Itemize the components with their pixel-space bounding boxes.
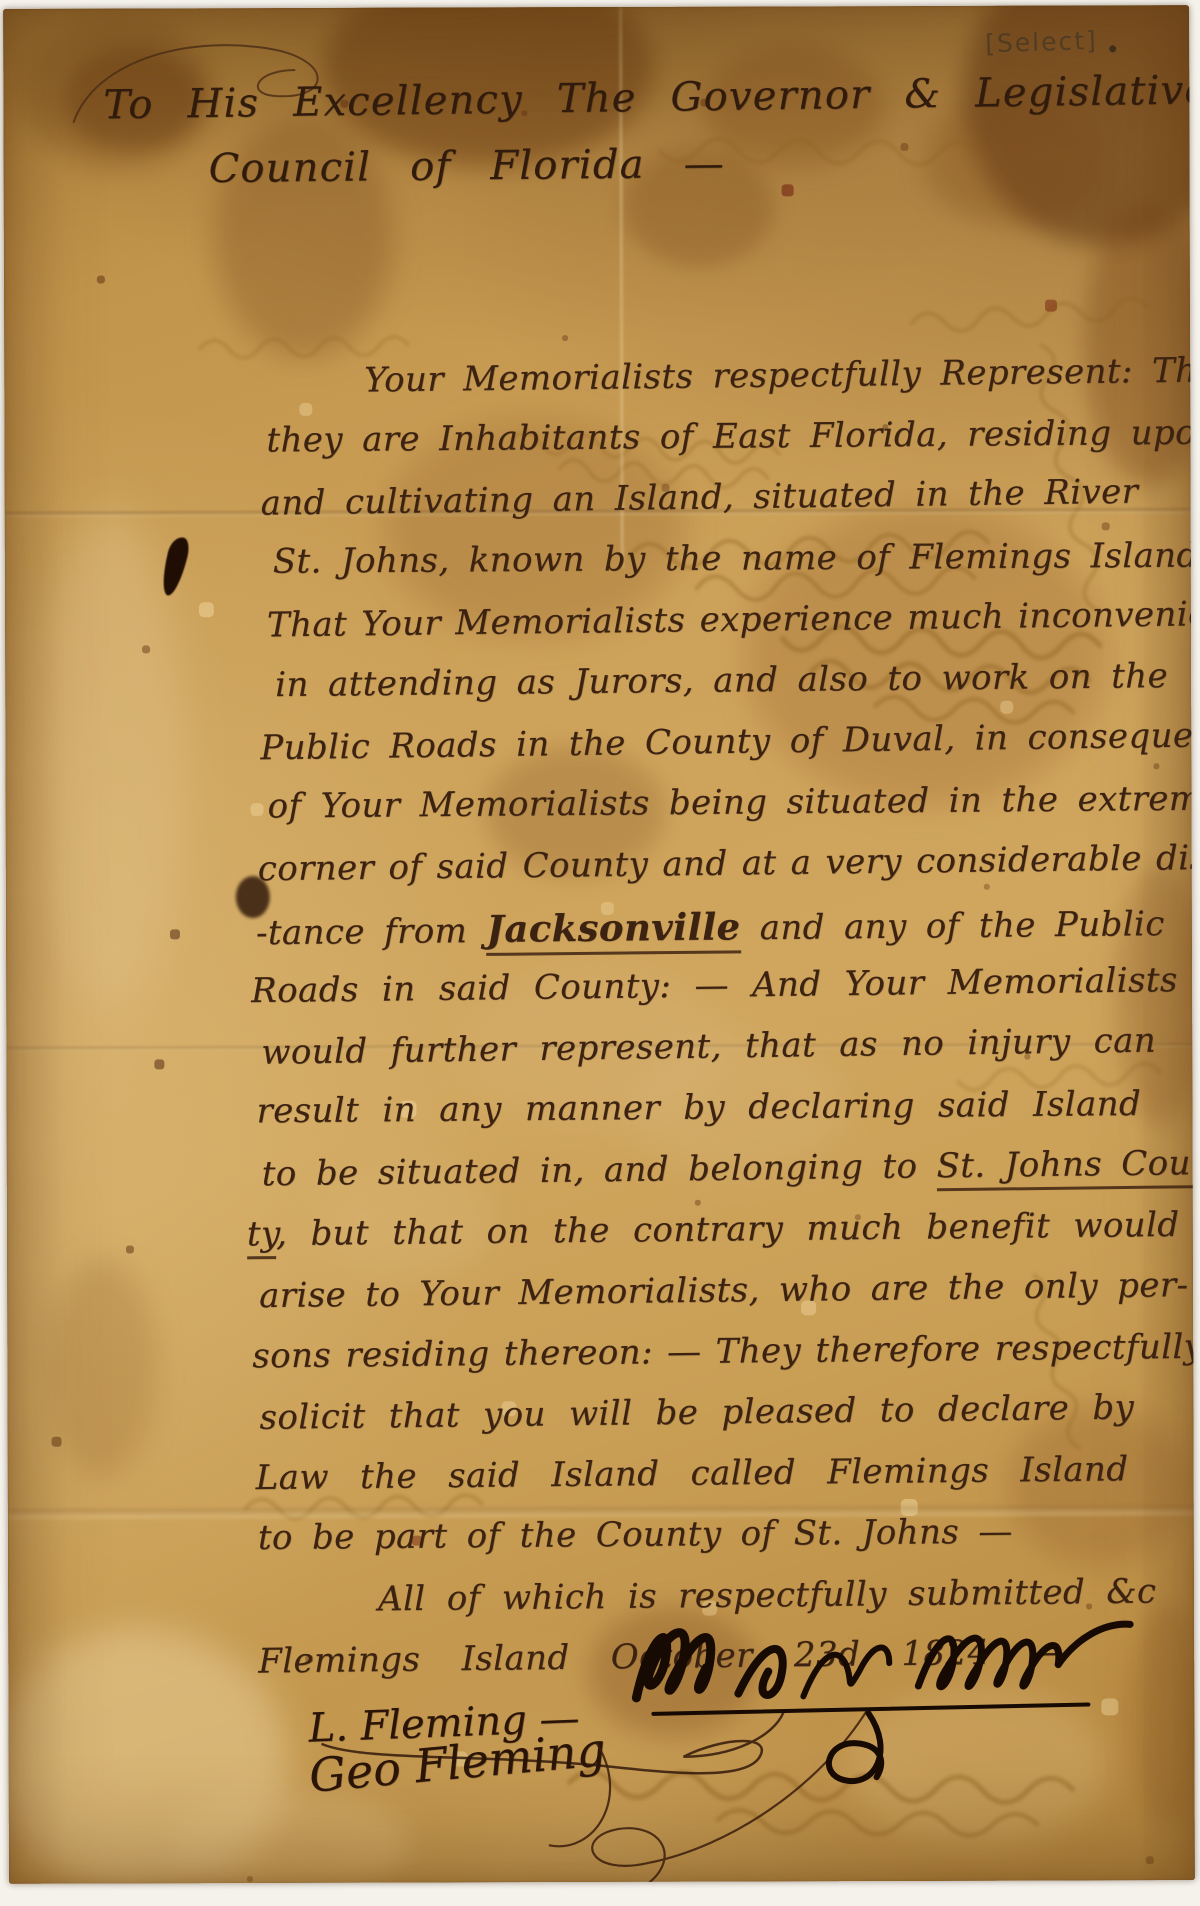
speckles-dark (3, 9, 5, 11)
pencil-dot (1109, 45, 1116, 52)
body-line: would further represent, that as no inju… (261, 1022, 1156, 1073)
scanned-document: [Select] To His Excellency The Governor … (0, 0, 1200, 1906)
body-line: -tance from Jacksonville and any of the … (256, 901, 1165, 953)
body-line: they are Inhabitants of East Florida, re… (266, 414, 1195, 461)
body-line: and cultivating an Island, situated in t… (260, 473, 1138, 524)
body-line: St. Johns, known by the name of Flemings… (273, 536, 1195, 582)
body-line: Roads in said County: — And Your Memoria… (251, 961, 1178, 1011)
body-line: to be situated in, and belonging to St. … (262, 1144, 1195, 1195)
body-line: of Your Memorialists being situated in t… (267, 780, 1195, 827)
body-line: in attending as Jurors, and also to work… (275, 657, 1168, 705)
body-line: arise to Your Memorialists, who are the … (259, 1266, 1189, 1316)
body-line: sons residing thereon: — They therefore … (252, 1328, 1195, 1377)
pencil-select-tag: [Select] (985, 26, 1098, 58)
body-line: to be part of the County of St. Johns — (258, 1513, 1013, 1558)
body-line: solicit that you will be pleased to decl… (259, 1389, 1134, 1438)
document-page: [Select] To His Excellency The Governor … (3, 5, 1195, 1884)
body-line: ty, but that on the contrary much benefi… (247, 1206, 1180, 1255)
light-patch (3, 1628, 289, 1884)
body-line: corner of said County and at a very cons… (258, 839, 1195, 890)
body-line: Law the said Island called Flemings Isla… (255, 1450, 1128, 1498)
body-line: Public Roads in the County of Duval, in … (260, 716, 1195, 769)
light-patch (35, 508, 187, 1008)
document-heading-line2: Council of Florida — (208, 141, 725, 192)
speckles-light (3, 9, 6, 12)
body-line: Your Memorialists respectfully Represent… (364, 351, 1195, 400)
signature-heavy-ink (618, 1600, 1159, 1806)
stain (47, 1258, 158, 1478)
body-line: That Your Memorialists experience much i… (267, 595, 1195, 646)
ink-blot (158, 535, 192, 598)
body-line: result in any manner by declaring said I… (256, 1085, 1141, 1132)
